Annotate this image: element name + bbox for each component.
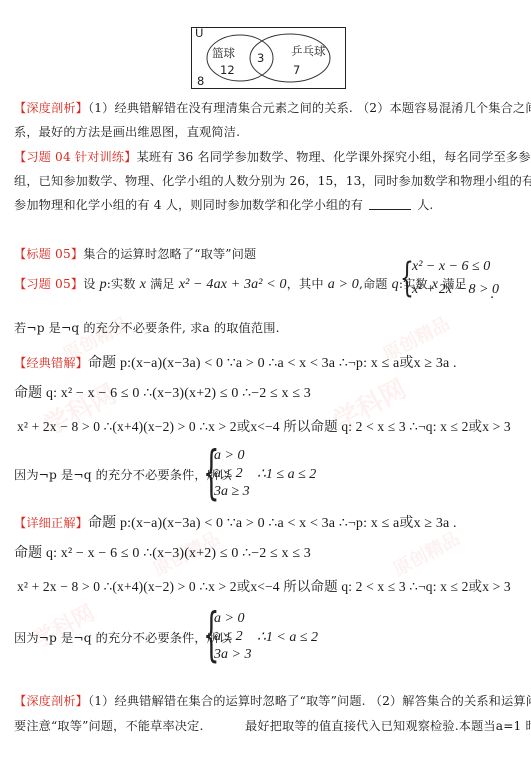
math-ineq-p: x² − 4ax + 3a² < 0 bbox=[179, 277, 287, 292]
watermark: 原创精品 bbox=[388, 525, 464, 582]
exercise04-text1: 某班有 36 名同学参加数学、物理、化学课外探究小组，每名同学至多参加两个小 bbox=[137, 150, 531, 164]
math-q: q bbox=[392, 277, 399, 292]
venn-intersection-count: 3 bbox=[257, 51, 264, 65]
classic-wrong-line1: 【经典错解】命题 p:(x−a)(x−3a) < 0 ∵a > 0 ∴a < x… bbox=[14, 355, 457, 372]
analysis2-text1: （1）经典错解错在集合的运算时忽略了“取等”问题. （2）解答集合的关系和运算问… bbox=[88, 694, 531, 708]
exercise04-line2: 组，已知参加数学、物理、化学小组的人数分别为 26，15，13，同时参加数学和物… bbox=[14, 173, 531, 189]
system-row-1: a > 0 bbox=[214, 611, 244, 627]
analysis-tag: 【深度剖析】 bbox=[14, 101, 88, 115]
exercise05-line1: 【习题 05】设 p:实数 x 满足 x² − 4ax + 3a² < 0，其中… bbox=[14, 276, 467, 293]
system-row-2: a ≤ 2 bbox=[214, 629, 243, 645]
exercise04-line3: 参加物理和化学小组的有 4 人，则同时参加数学和化学小组的有人. bbox=[14, 197, 433, 213]
answer-blank bbox=[369, 197, 411, 210]
system-row-3: 3a > 3 bbox=[214, 647, 251, 663]
venn-set-a-count: 12 bbox=[220, 63, 235, 77]
exercise04-text3-end: 人. bbox=[417, 198, 433, 212]
analysis2-line1: 【深度剖析】（1）经典错解错在集合的运算时忽略了“取等”问题. （2）解答集合的… bbox=[14, 693, 531, 709]
venn-set-b-label: 乒乓球 bbox=[291, 43, 326, 59]
classic-wrong-text1: 命题 p:(x−a)(x−3a) < 0 ∵a > 0 ∴a < x < 3a … bbox=[88, 356, 457, 371]
analysis1-text1: （1）经典错解错在没有理清集合元素之间的关系. （2）本题容易混淆几个集合之间的… bbox=[88, 101, 531, 115]
heading05-tag: 【标题 05】 bbox=[14, 247, 83, 261]
text: 设 bbox=[83, 277, 95, 291]
math-x: x bbox=[140, 277, 146, 292]
heading05: 【标题 05】集合的运算时忽略了“取等”问题 bbox=[14, 246, 256, 262]
analysis-tag: 【深度剖析】 bbox=[14, 694, 88, 708]
detailed-correct-line1: 【详细正解】命题 p:(x−a)(x−3a) < 0 ∵a > 0 ∴a < x… bbox=[14, 515, 457, 532]
period: . bbox=[490, 287, 494, 302]
venn-diagram: U 篮球 12 3 乒乓球 7 8 bbox=[191, 27, 346, 89]
exercise05-tag: 【习题 05】 bbox=[14, 277, 83, 291]
analysis2-line2a: 要注意“取等”问题，不能草率决定. bbox=[14, 718, 204, 734]
heading05-text: 集合的运算时忽略了“取等”问题 bbox=[83, 247, 256, 261]
exercise04-line1: 【习题 04 针对训练】某班有 36 名同学参加数学、物理、化学课外探究小组，每… bbox=[14, 149, 531, 165]
classic-wrong-line3: x² + 2x − 8 > 0 ∴(x+4)(x−2) > 0 ∴x > 2或x… bbox=[17, 419, 511, 435]
detailed-correct-line4: 因为¬p 是¬q 的充分不必要条件，所以 bbox=[14, 630, 231, 646]
venn-outside-count: 8 bbox=[197, 74, 204, 88]
system-row-1: x² − x − 6 ≤ 0 bbox=[412, 259, 490, 275]
math-p: p bbox=[100, 277, 107, 292]
system-row-2: x² + 2x − 8 > 0 bbox=[412, 282, 499, 298]
detailed-correct-tag: 【详细正解】 bbox=[14, 516, 88, 530]
math-cond: a > 0 bbox=[328, 277, 359, 292]
analysis1-line1: 【深度剖析】（1）经典错解错在没有理清集合元素之间的关系. （2）本题容易混淆几… bbox=[14, 100, 531, 116]
detailed-correct-line2: 命题 q: x² − x − 6 ≤ 0 ∴(x−3)(x+2) ≤ 0 ∴−2… bbox=[14, 546, 311, 562]
system-row-3: 3a ≥ 3 bbox=[214, 484, 250, 500]
system-row-1: a > 0 bbox=[214, 448, 244, 464]
text: ，其中 bbox=[287, 277, 324, 291]
classic-wrong-line2: 命题 q: x² − x − 6 ≤ 0 ∴(x−3)(x+2) ≤ 0 ∴−2… bbox=[14, 386, 311, 402]
system-row-2: a ≤ 2 bbox=[214, 466, 243, 482]
venn-universe-label: U bbox=[195, 26, 203, 40]
venn-set-a-label: 篮球 bbox=[212, 45, 235, 61]
text: :实数 bbox=[107, 277, 136, 291]
exercise04-text3: 参加物理和化学小组的有 4 人，则同时参加数学和化学小组的有 bbox=[14, 198, 363, 212]
classic-wrong-result: ∴1 ≤ a ≤ 2 bbox=[257, 466, 316, 483]
text: ,命题 bbox=[359, 277, 388, 291]
text: 满足 bbox=[150, 277, 175, 291]
analysis2-line2b: 最好把取等的值直接代入已知观察检验.本题当a=1 时， bbox=[245, 718, 531, 734]
exercise05-line2: 若¬p 是¬q 的充分不必要条件, 求a 的取值范围. bbox=[14, 320, 280, 336]
detailed-correct-line3: x² + 2x − 8 > 0 ∴(x+4)(x−2) > 0 ∴x > 2或x… bbox=[17, 579, 511, 595]
analysis1-line2: 系，最好的方法是画出维恩图，直观简洁. bbox=[14, 124, 240, 140]
detailed-correct-text1: 命题 p:(x−a)(x−3a) < 0 ∵a > 0 ∴a < x < 3a … bbox=[88, 516, 457, 531]
exercise04-tag: 【习题 04 针对训练】 bbox=[14, 150, 137, 164]
classic-wrong-tag: 【经典错解】 bbox=[14, 356, 88, 370]
detailed-correct-result: ∴1 < a ≤ 2 bbox=[257, 629, 318, 646]
classic-wrong-line4: 因为¬p 是¬q 的充分不必要条件，所以 bbox=[14, 467, 231, 483]
venn-set-b-count: 7 bbox=[293, 63, 300, 77]
